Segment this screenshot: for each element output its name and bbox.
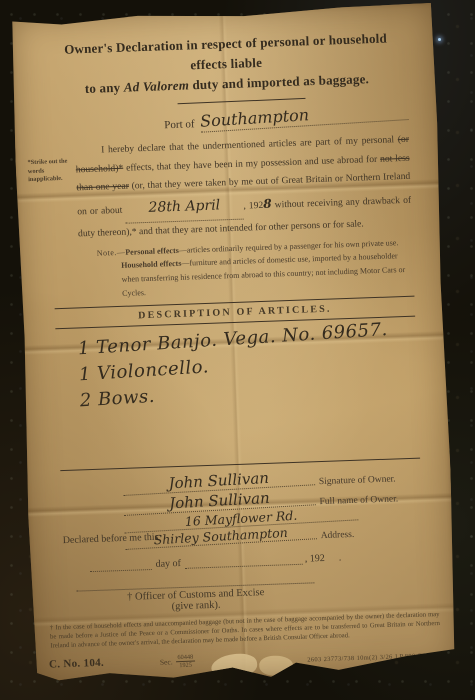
declaration-text-4: , 192: [243, 200, 263, 212]
note-section: Note.—Personal effects—articles ordinari…: [97, 236, 415, 301]
form-number: C. No. 104.: [49, 656, 104, 670]
declaration-paragraph: I hereby declare that the undermentioned…: [75, 131, 412, 243]
port-label: Port of: [164, 119, 195, 132]
footnote-text: † In the case of household effects and u…: [50, 610, 441, 652]
port-handwritten-value: Southampton: [200, 100, 409, 134]
light-glint: [438, 38, 441, 41]
form-title-line2-post: duty and imported as baggage.: [189, 71, 369, 92]
form-title-italic: Ad Valorem: [124, 78, 190, 95]
date-blank: 28th April: [125, 192, 244, 224]
photo-background: Owner's Declaration in respect of person…: [0, 0, 475, 700]
day-blank: [89, 558, 151, 572]
note-household-line: Household effects—furniture and articles…: [121, 249, 414, 300]
declaration-form-paper: Owner's Declaration in respect of person…: [10, 3, 457, 685]
date-of-declaration-line: day of , 192 .: [89, 548, 423, 572]
declaration-text-1: I hereby declare that the undermentioned…: [101, 135, 398, 156]
date-handwritten-value: 28th April: [148, 197, 220, 215]
articles-list: 1 Tenor Banjo. Vega. No. 69657. 1 Violon…: [78, 325, 419, 415]
sec-reference: Sec. 60448 1925: [160, 653, 196, 670]
month-blank: [185, 552, 303, 568]
form-title-line2-pre: to any: [85, 80, 124, 96]
address-label: Address.: [317, 527, 423, 541]
declaration-section: *Strike out the words inapplicable. I he…: [49, 131, 412, 244]
year-prefix: , 192: [305, 553, 325, 565]
port-line: Port of Southampton: [164, 102, 409, 132]
note-label: Note.—: [97, 248, 126, 258]
form-title-line1: Owner's Declaration in respect of person…: [64, 30, 387, 72]
declaration-text-2: effects, that they have been in my posse…: [123, 153, 380, 173]
form-title: Owner's Declaration in respect of person…: [45, 28, 407, 101]
note-household-term: Household effects: [121, 259, 181, 270]
sec-fraction: 60448 1925: [175, 653, 195, 670]
form-content: Owner's Declaration in respect of person…: [10, 3, 457, 685]
margin-note: *Strike out the words inapplicable.: [27, 158, 72, 185]
title-divider: [178, 98, 306, 104]
sec-label: Sec.: [160, 658, 173, 667]
day-of-label: day of: [155, 558, 181, 570]
sec-denominator: 1925: [176, 662, 196, 670]
note-personal-term: Personal effects: [125, 246, 179, 257]
printers-code: 2603 23773/738 10m(2) 3/26 J.P.890 Gp.12…: [307, 652, 441, 664]
year-period: .: [339, 552, 342, 563]
